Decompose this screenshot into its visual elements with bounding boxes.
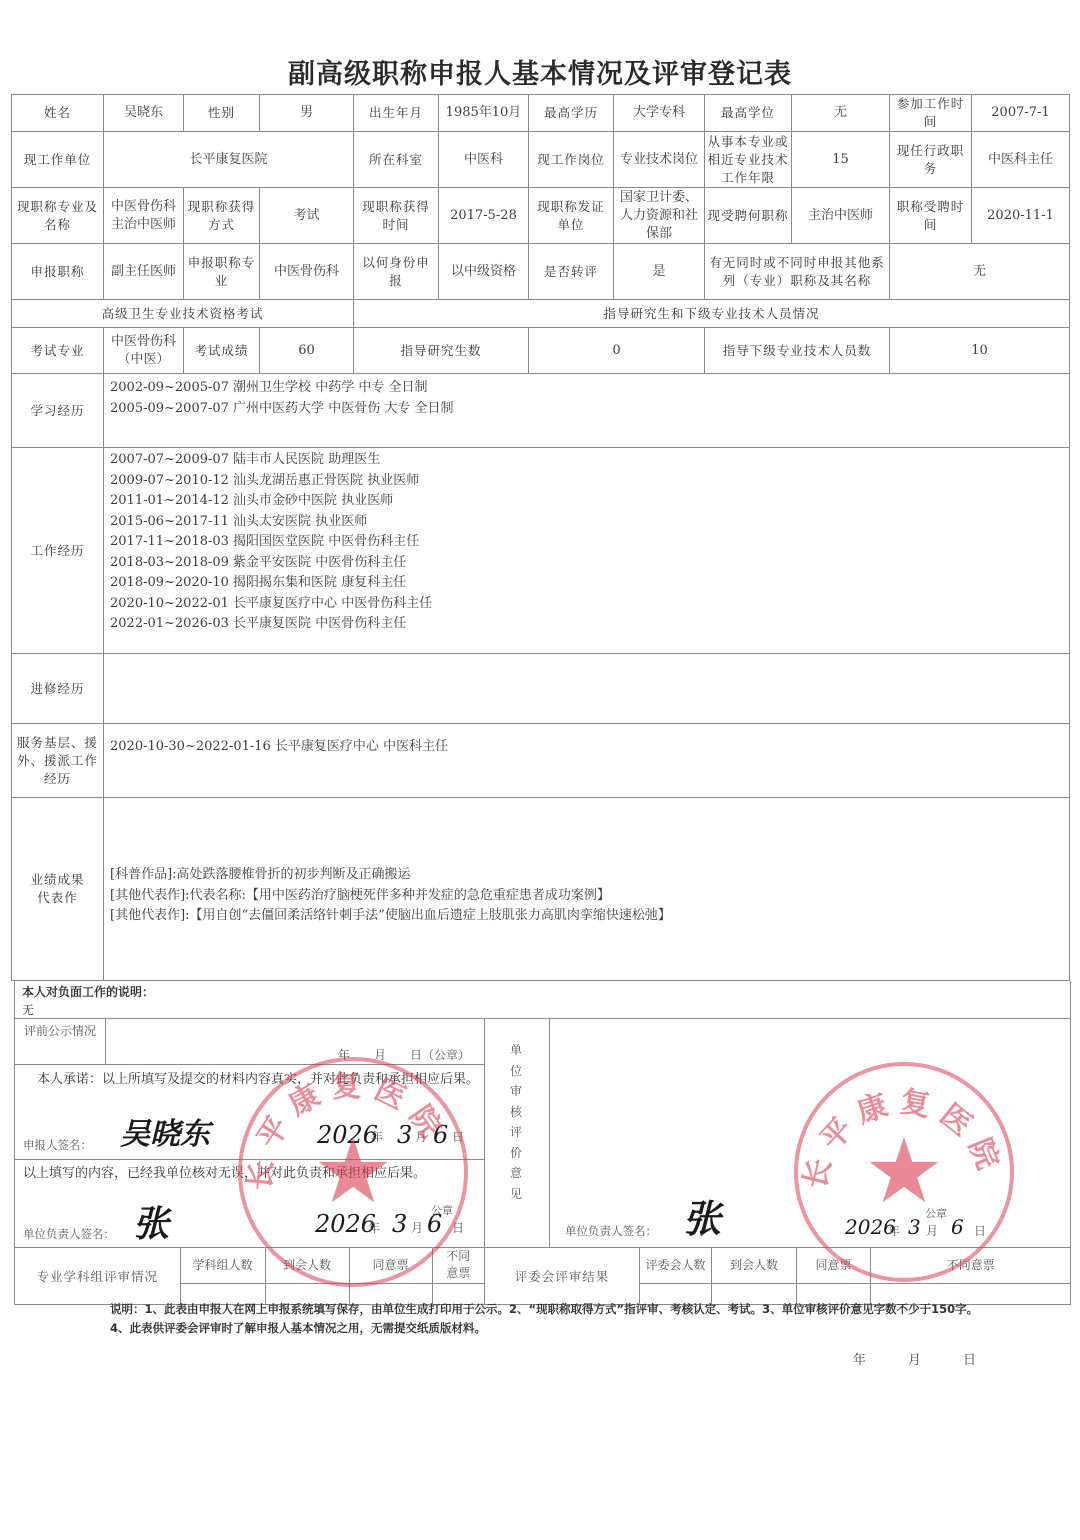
hired-time-value: 2020-11-1 — [972, 188, 1070, 244]
admin-value: 中医科主任 — [972, 132, 1070, 188]
unit-verify-month-label: 月 — [411, 1219, 423, 1236]
unit-verify-block: 以上填写的内容，已经我单位核对无误，并对此负责和承担相应后果。 单位负责人签名：… — [15, 1160, 484, 1248]
obtain-time-label: 现职称获得时间 — [354, 188, 439, 244]
subject-group-header: 不同意票 — [432, 1247, 484, 1283]
unit-review-month: 3 — [908, 1215, 921, 1239]
issuer-label: 现职称发证单位 — [529, 188, 614, 244]
hired-title-label: 现受聘何职称 — [705, 188, 792, 244]
publicity-date-line: 年 月 日（公章） — [338, 1046, 470, 1063]
issuer-value: 国家卫计委、人力资源和社保部 — [614, 188, 705, 244]
pledge-year: 2026 — [317, 1121, 378, 1149]
other-apply-value: 无 — [890, 244, 1070, 300]
unit-review-sign-label: 单位负责人签名： — [565, 1223, 657, 1239]
years-label: 从事本专业或相近专业技术工作年限 — [705, 132, 792, 188]
hired-title-value: 主治中医师 — [792, 188, 890, 244]
work-history: 2007-07~2009-07 陆丰市人民医院 助理医生 2009-07~201… — [104, 448, 1070, 654]
committee-header: 同意票 — [797, 1247, 871, 1283]
cur-title-label: 现职称专业及名称 — [12, 188, 104, 244]
instructions-note: 说明：1、此表由申报人在网上申报系统填写保存，由单位生成打印用于公示。2、“现职… — [110, 1300, 990, 1338]
exam-score-value: 60 — [260, 328, 354, 374]
negative-value: 无 — [22, 1001, 34, 1018]
grad-count-value: 0 — [529, 328, 705, 374]
transfer-value: 是 — [614, 244, 705, 300]
training-label: 进修经历 — [12, 654, 104, 724]
apply-major-label: 申报职称专业 — [184, 244, 260, 300]
guidance-section-label: 指导研究生和下级专业技术人员情况 — [354, 300, 1070, 328]
unit-verify-month: 3 — [392, 1210, 407, 1238]
pledge-day-label: 日 — [452, 1128, 464, 1145]
committee-table: 评委会评审结果 评委会人数 到会人数 同意票 不同意票 — [484, 1247, 1071, 1304]
junior-count-label: 指导下级专业技术人员数 — [705, 328, 890, 374]
service-label: 服务基层、援外、援派工作经历 — [12, 724, 104, 798]
unit-verify-day-label: 日 — [452, 1219, 464, 1236]
lower-section: 本人对负面工作的说明： 无 评前公示情况 年 月 日（公章） 本人承诺：以上所填… — [14, 981, 1071, 1305]
publicity-block: 评前公示情况 年 月 日（公章） — [15, 1018, 484, 1065]
unit-review-month-label: 月 — [926, 1222, 938, 1239]
degree-label: 最高学位 — [705, 95, 792, 132]
obtain-way-label: 现职称获得方式 — [184, 188, 260, 244]
achievement-item: [其他代表作]:代表名称:【用中医药治疗脑梗死伴多种并发症的急危重症患者成功案例… — [110, 886, 1067, 907]
work-item: 2007-07~2009-07 陆丰市人民医院 助理医生 — [110, 450, 1067, 471]
transfer-label: 是否转评 — [529, 244, 614, 300]
work-start-value: 2007-7-1 — [972, 95, 1070, 132]
degree-value: 无 — [792, 95, 890, 132]
junior-count-value: 10 — [890, 328, 1070, 374]
pledge-day: 6 — [433, 1121, 448, 1149]
exam-major-value: 中医骨伤科（中医） — [104, 328, 184, 374]
work-start-label: 参加工作时间 — [890, 95, 972, 132]
applicant-sign-label: 申报人签名： — [23, 1137, 92, 1153]
identity-value: 以中级资格 — [439, 244, 529, 300]
gender-label: 性别 — [184, 95, 260, 132]
achievements-list: [科普作品]:高处跌落腰椎骨折的初步判断及正确搬运 [其他代表作]:代表名称:【… — [104, 798, 1070, 981]
unit-verify-day: 6 — [427, 1210, 442, 1238]
post-value: 专业技术岗位 — [614, 132, 705, 188]
committee-header: 评委会人数 — [640, 1247, 712, 1283]
pledge-text: 本人承诺：以上所填写及提交的材料内容真实，并对此负责和承担相应后果。 — [23, 1070, 483, 1090]
unit-review-block: 单位审核评价意见 单位负责人签名： 张 公章 2026 年 3 月 6 日 — [484, 1018, 1071, 1248]
unit-review-seal-label: 公章 — [925, 1205, 947, 1221]
other-apply-label: 有无同时或不同时申报其他系列（专业）职称及其名称 — [705, 244, 890, 300]
pledge-year-label: 年 — [371, 1128, 383, 1145]
exam-section-label: 高级卫生专业技术资格考试 — [12, 300, 354, 328]
work-item: 2011-01~2014-12 汕头市金砂中医院 执业医师 — [110, 491, 1067, 512]
identity-label: 以何身份申报 — [354, 244, 439, 300]
committee-label: 评委会评审结果 — [485, 1247, 640, 1304]
work-item: 2022-01~2026-03 长平康复医院 中医骨伤科主任 — [110, 614, 1067, 635]
work-item: 2017-11~2018-03 揭阳国医堂医院 中医骨伤科主任 — [110, 532, 1067, 553]
unit-label: 现工作单位 — [12, 132, 104, 188]
unit-verify-year-label: 年 — [368, 1219, 380, 1236]
achievement-item: [其他代表作]:【用自创“去僵回柔活络针刺手法”使脑出血后遗症上肢肌张力高肌肉挛… — [110, 906, 1067, 927]
form-title: 副高级职称申报人基本情况及评审登记表 — [0, 52, 1080, 91]
study-label: 学习经历 — [12, 374, 104, 448]
unit-verify-year: 2026 — [315, 1210, 376, 1238]
exam-major-label: 考试专业 — [12, 328, 104, 374]
edu-value: 大学专科 — [614, 95, 705, 132]
achievement-item: [科普作品]:高处跌落腰椎骨折的初步判断及正确搬运 — [110, 865, 1067, 886]
work-item: 2009-07~2010-12 汕头龙湖岳惠正骨医院 执业医师 — [110, 471, 1067, 492]
birth-label: 出生年月 — [354, 95, 439, 132]
work-item: 2015-06~2017-11 汕头太安医院 执业医师 — [110, 512, 1067, 533]
achievements-label: 业绩成果代表作 — [12, 798, 104, 981]
obtain-time-value: 2017-5-28 — [439, 188, 529, 244]
obtain-way-value: 考试 — [260, 188, 354, 244]
pledge-month-label: 月 — [415, 1128, 427, 1145]
subject-group-header: 到会人数 — [265, 1247, 349, 1283]
edu-label: 最高学历 — [529, 95, 614, 132]
study-item: 2005-09~2007-07 广州中医药大学 中医骨伤 大专 全日制 — [110, 399, 1067, 420]
post-label: 现工作岗位 — [529, 132, 614, 188]
study-item: 2002-09~2005-07 潮州卫生学校 中药学 中专 全日制 — [110, 378, 1067, 399]
pledge-month: 3 — [397, 1121, 412, 1149]
name-value: 吴晓东 — [104, 95, 184, 132]
unit-review-day-label: 日 — [974, 1222, 986, 1239]
years-value: 15 — [792, 132, 890, 188]
subject-group-header: 同意票 — [349, 1247, 432, 1283]
unit-review-year-label: 年 — [888, 1222, 900, 1239]
publicity-label: 评前公示情况 — [15, 1018, 106, 1064]
admin-label: 现任行政职务 — [890, 132, 972, 188]
apply-major-value: 中医骨伤科 — [260, 244, 354, 300]
unit-review-signature: 张 — [683, 1188, 721, 1243]
birth-value: 1985年10月 — [439, 95, 529, 132]
dept-label: 所在科室 — [354, 132, 439, 188]
unit-head-signature: 张 — [133, 1196, 169, 1247]
footer-day-label: 日 — [963, 1349, 976, 1368]
negative-label: 本人对负面工作的说明： — [22, 983, 154, 1000]
study-history: 2002-09~2005-07 潮州卫生学校 中药学 中专 全日制 2005-0… — [104, 374, 1070, 448]
subject-group-label: 专业学科组评审情况 — [15, 1247, 180, 1304]
grad-count-label: 指导研究生数 — [354, 328, 529, 374]
training-value — [104, 654, 1070, 724]
work-item: 2020-10~2022-01 长平康复医疗中心 中医骨伤科主任 — [110, 594, 1067, 615]
unit-review-day: 6 — [951, 1215, 964, 1239]
footer-month-label: 月 — [908, 1349, 921, 1368]
work-item: 2018-03~2018-09 紫金平安医院 中医骨伤科主任 — [110, 553, 1067, 574]
hired-time-label: 职称受聘时间 — [890, 188, 972, 244]
committee-header: 不同意票 — [871, 1247, 1071, 1283]
gender-value: 男 — [260, 95, 354, 132]
unit-value: 长平康复医院 — [104, 132, 354, 188]
unit-head-sign-label: 单位负责人签名： — [23, 1226, 115, 1242]
subject-group-header: 学科组人数 — [180, 1247, 265, 1283]
exam-score-label: 考试成绩 — [184, 328, 260, 374]
subject-group-table: 专业学科组评审情况 学科组人数 到会人数 同意票 不同意票 — [15, 1247, 484, 1304]
name-label: 姓名 — [12, 95, 104, 132]
work-item: 2018-09~2020-10 揭阳揭东集和医院 康复科主任 — [110, 573, 1067, 594]
dept-value: 中医科 — [439, 132, 529, 188]
pledge-block: 本人承诺：以上所填写及提交的材料内容真实，并对此负责和承担相应后果。 申报人签名… — [15, 1065, 484, 1160]
negative-explanation: 本人对负面工作的说明： 无 — [15, 981, 1070, 1019]
applicant-signature: 吴晓东 — [120, 1109, 210, 1153]
footer-year-label: 年 — [853, 1349, 866, 1368]
service-value: 2020-10-30~2022-01-16 长平康复医疗中心 中医科主任 — [104, 724, 1070, 798]
work-label: 工作经历 — [12, 448, 104, 654]
apply-title-value: 副主任医师 — [104, 244, 184, 300]
committee-header: 到会人数 — [712, 1247, 797, 1283]
basic-info-table: 姓名 吴晓东 性别 男 出生年月 1985年10月 最高学历 大学专科 最高学位… — [11, 94, 1070, 981]
apply-title-label: 申报职称 — [12, 244, 104, 300]
unit-verify-text: 以上填写的内容，已经我单位核对无误，并对此负责和承担相应后果。 — [23, 1164, 483, 1184]
cur-title-value: 中医骨伤科主治中医师 — [104, 188, 184, 244]
unit-review-label: 单位审核评价意见 — [510, 1040, 524, 1204]
